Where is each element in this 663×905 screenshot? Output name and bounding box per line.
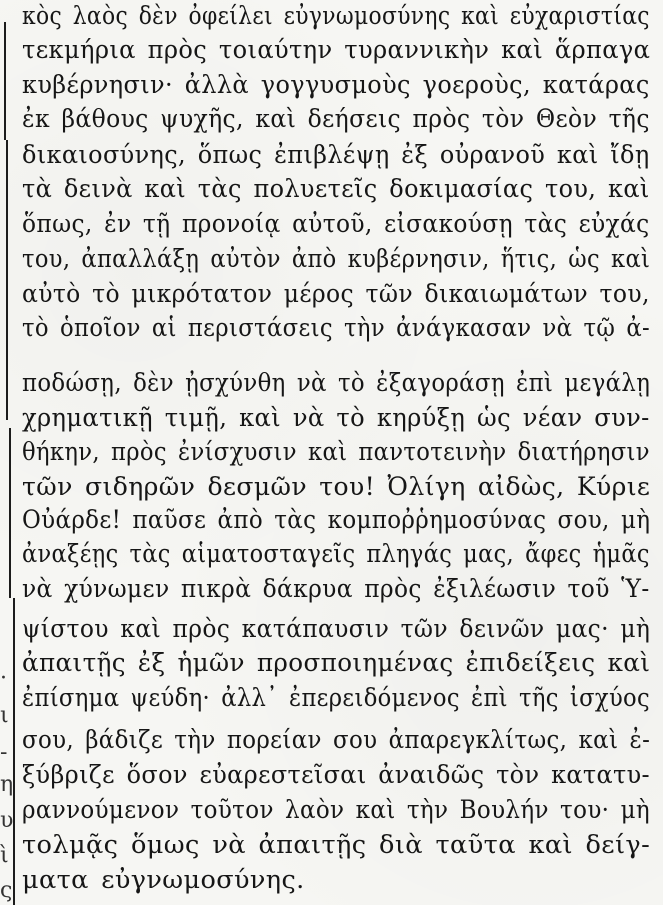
text-line: ψίστου καὶ πρὸς κατάπαυσιν τῶν δεινῶν μα…	[22, 617, 650, 643]
scanned-page: · ι - η υ ὶ ς κὸς λαὸς δὲν ὀφείλει εὐγνω…	[0, 0, 663, 905]
text-line: ποδώσῃ, δὲν ᾐσχύνθη νὰ τὸ ἐξαγοράσῃ ἐπὶ …	[22, 371, 650, 397]
text-line: κυβέρνησιν· ἀλλὰ γογγυσμοὺς γοεροὺς, κατ…	[22, 73, 650, 99]
text-line: τὸ ὁποῖον αἱ περιστάσεις τὴν ἀνάγκασαν ν…	[22, 316, 650, 342]
adjacent-column-fragment: υ	[0, 810, 13, 832]
text-line: δικαιοσύνης, ὅπως ἐπιβλέψῃ ἐξ οὐρανοῦ κα…	[22, 143, 650, 169]
adjacent-column-fragment: η	[0, 774, 13, 796]
text-line: ἐπίσημα ψεύδη· ἀλλ᾽ ἐπερειδόμενος ἐπὶ τῆ…	[22, 686, 650, 712]
column-divider-rule	[13, 598, 15, 905]
text-line: σου, βάδιζε τὴν πορείαν σου ἀπαρεγκλίτως…	[22, 728, 650, 754]
adjacent-column-fragment: ὶ	[0, 845, 9, 867]
text-line: ἀναξέῃς τὰς αἱματοσταγεῖς πληγάς μας, ἄφ…	[22, 542, 650, 568]
text-line: αὐτὸ τὸ μικρότατον μέρος τῶν δικαιωμάτων…	[22, 282, 650, 308]
text-line: χρηματικῇ τιμῇ, καὶ νὰ τὸ κηρύξῃ ὡς νέαν…	[22, 406, 650, 432]
adjacent-column-fragment: ·	[0, 668, 7, 690]
text-line: ραννούμενον τοῦτον λαὸν καὶ τὴν Βουλήν τ…	[22, 798, 650, 824]
text-line: τῶν σιδηρῶν δεσμῶν του! Ὀλίγη αἰδὼς, Κύρ…	[22, 475, 650, 501]
text-line: θήκην, πρὸς ἐνίσχυσιν καὶ παντοτεινὴν δι…	[22, 440, 650, 466]
text-line: ἀπαιτῇς ἐξ ἡμῶν προσποιημένας ἐπιδείξεις…	[22, 651, 650, 677]
text-line: τὰ δεινὰ καὶ τὰς πολυετεῖς δοκιμασίας το…	[22, 177, 650, 203]
adjacent-column-fragment: -	[0, 742, 7, 764]
text-line: ξύβριζε ὅσον εὐαρεστεῖσαι ἀναιδῶς τὸν κα…	[22, 763, 650, 789]
adjacent-column-fragments: · ι - η υ ὶ ς	[0, 0, 10, 905]
text-line: νὰ χύνωμεν πικρὰ δάκρυα πρὸς ἐξιλέωσιν τ…	[22, 577, 650, 603]
text-line: τολμᾷς ὅμως νὰ ἀπαιτῇς διὰ ταῦτα καὶ δεί…	[22, 833, 650, 859]
adjacent-column-fragment: ς	[0, 880, 12, 902]
text-line: ματα εὐγνωμοσύνης.	[22, 868, 305, 894]
text-line: ἐκ βάθους ψυχῆς, καὶ δεήσεις πρὸς τὸν Θε…	[22, 107, 650, 133]
text-line: του, ἀπαλλάξῃ αὐτὸν ἀπὸ κυβέρνησιν, ἥτις…	[22, 247, 650, 273]
text-line: Οὐάρδε! παῦσε ἀπὸ τὰς κομποῤῥημοσύνας σο…	[22, 508, 650, 534]
text-line: τεκμήρια πρὸς τοιαύτην τυραννικὴν καὶ ἅρ…	[22, 38, 650, 64]
adjacent-column-fragment: ι	[0, 705, 9, 727]
text-line: κὸς λαὸς δὲν ὀφείλει εὐγνωμοσύνης καὶ εὐ…	[22, 4, 650, 30]
text-line: ὅπως, ἐν τῇ προνοίᾳ αὐτοῦ, εἰσακούσῃ τὰς…	[22, 212, 650, 238]
